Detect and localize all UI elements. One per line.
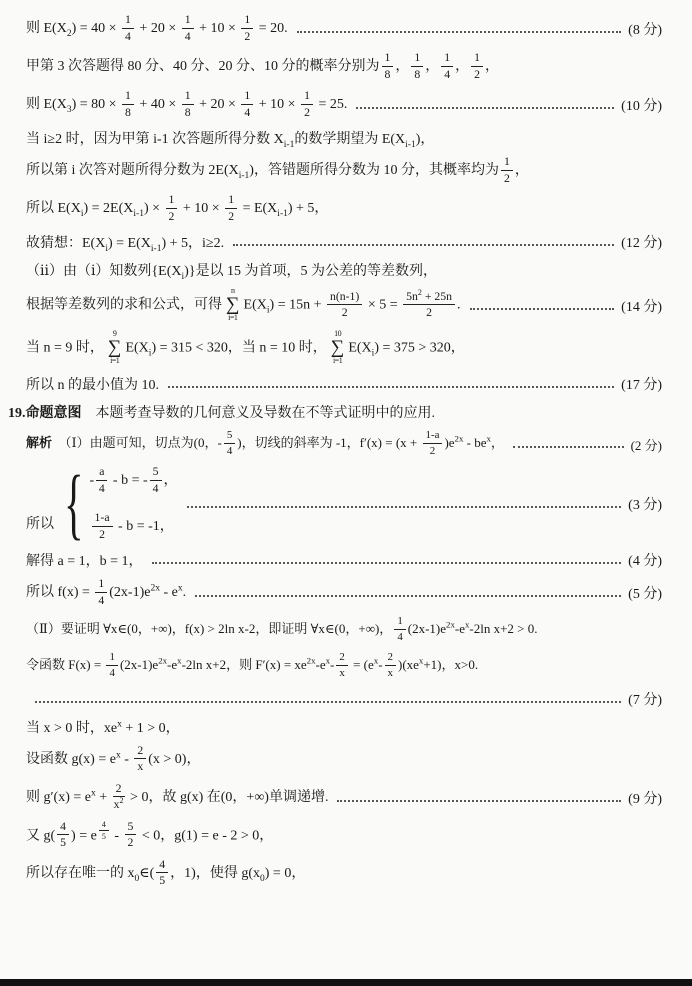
fraction: 12 (225, 193, 237, 223)
line-content: 所以 n 的最小值为 10. (26, 374, 159, 394)
fraction: 14 (241, 89, 253, 119)
fraction: n(n-1)2 (327, 290, 362, 320)
line-content: 设函数 g(x) = ex - 2x(x > 0)， (26, 745, 200, 775)
solution-line: 则 g′(x) = ex + 2x2 > 0，故 g(x) 在(0，+∞)单调递… (0, 779, 692, 817)
solution-line: （Ⅱ）要证明 ∀x∈(0，+∞)，f(x) > 2ln x-2，即证明 ∀x∈(… (0, 612, 692, 648)
fraction: 45 (57, 820, 69, 850)
fraction: a4 (96, 465, 107, 495)
fraction: 1-a2 (423, 429, 443, 457)
fraction: 12 (301, 89, 313, 119)
solution-line: 当 x > 0 时，xex + 1 > 0， (0, 713, 692, 741)
solution-line: 设函数 g(x) = ex - 2x(x > 0)， (0, 741, 692, 779)
solution-line: 所以 n 的最小值为 10.(17 分) (0, 370, 692, 398)
line-content: 令函数 F(x) = 14(2x-1)e2x-ex-2ln x+2，则 F′(x… (26, 652, 478, 680)
score-marker: (12 分) (621, 232, 662, 252)
summation: 10∑i=1 (331, 330, 345, 365)
fraction: 2x (336, 651, 347, 679)
solution-line: 则 E(X3) = 80 × 18 + 40 × 18 + 20 × 14 + … (0, 86, 692, 124)
line-content: 根据等差数列的求和公式，可得n∑i=1E(Xi) = 15n + n(n-1)2… (26, 288, 461, 323)
line-content: 所以第 i 次答对题所得分数为 2E(Xi-1)，答错题所得分数为 10 分，其… (26, 156, 529, 186)
scan-edge-bar (0, 979, 692, 986)
solution-line: 根据等差数列的求和公式，可得n∑i=1E(Xi) = 15n + n(n-1)2… (0, 284, 692, 327)
solution-line: 当 n = 9 时，9∑i=1E(Xi) = 315 < 320，当 n = 1… (0, 327, 692, 370)
fraction: 18 (122, 89, 134, 119)
score-marker: (2 分) (631, 435, 662, 454)
fraction: 14 (441, 51, 453, 81)
case-row: -a4 - b = -54， (90, 466, 178, 496)
solution-line: 所以 f(x) = 14(2x-1)e2x - ex.(5 分) (0, 574, 692, 612)
line-content: 当 n = 9 时，9∑i=1E(Xi) = 315 < 320，当 n = 1… (26, 331, 465, 366)
dotted-leader (195, 595, 621, 597)
line-content: 所以{-a4 - b = -54，1-a2 - b = -1， (26, 466, 178, 542)
fraction: 52 (125, 820, 137, 850)
fraction: 1-a2 (92, 511, 113, 541)
fraction: 5n2 + 25n2 (403, 290, 455, 320)
dotted-leader (233, 244, 614, 246)
exam-solution-page: 则 E(X2) = 40 × 14 + 20 × 14 + 10 × 12 = … (0, 0, 692, 893)
fraction: 12 (471, 51, 483, 81)
score-marker: (17 分) (621, 374, 662, 394)
bold-label: 19.命题意图 (8, 406, 82, 421)
line-content: 所以存在唯一的 x0∈(45，1)，使得 g(x0) = 0， (26, 859, 305, 889)
fraction: 12 (241, 13, 253, 43)
fraction: 18 (182, 89, 194, 119)
bold-label: 解析 (26, 435, 52, 450)
dotted-leader (356, 107, 614, 109)
solution-line: 所以{-a4 - b = -54，1-a2 - b = -1，(3 分) (0, 462, 692, 546)
line-content: 当 x > 0 时，xex + 1 > 0， (26, 717, 180, 737)
line-content: 解得 a = 1，b = 1， (26, 550, 143, 570)
fraction: 45 (156, 858, 168, 888)
score-marker: (9 分) (628, 788, 662, 808)
case-row: 1-a2 - b = -1， (90, 512, 178, 542)
fraction: 45 (99, 820, 109, 841)
solution-line: 当 i≥2 时，因为甲第 i-1 次答题所得分数 Xi-1的数学期望为 E(Xi… (0, 124, 692, 152)
line-content: 所以 E(Xi) = 2E(Xi-1) × 12 + 10 × 12 = E(X… (26, 194, 328, 224)
solution-line: 则 E(X2) = 40 × 14 + 20 × 14 + 10 × 12 = … (0, 10, 692, 48)
line-content: 甲第 3 次答题得 80 分、40 分、20 分、10 分的概率分别为18，18… (26, 52, 499, 82)
fraction: 2x (385, 651, 396, 679)
line-content: 19.命题意图 本题考查导数的几何意义及导数在不等式证明中的应用. (8, 402, 435, 422)
solution-line: 19.命题意图 本题考查导数的几何意义及导数在不等式证明中的应用. (0, 398, 692, 426)
solution-line: 解析 （Ⅰ）由题可知，切点为(0，-54)，切线的斜率为 -1，f′(x) = … (0, 426, 692, 462)
solution-line: (7 分) (0, 685, 692, 713)
left-brace: { (64, 464, 84, 544)
line-content: 解析 （Ⅰ）由题可知，切点为(0，-54)，切线的斜率为 -1，f′(x) = … (26, 430, 504, 458)
solution-line: 又 g(45) = e45 - 52 < 0，g(1) = e - 2 > 0， (0, 817, 692, 855)
line-content: 则 g′(x) = ex + 2x2 > 0，故 g(x) 在(0，+∞)单调递… (26, 783, 328, 813)
dotted-leader (152, 562, 622, 564)
line-content: （ⅱ）由（ⅰ）知数列{E(Xi)}是以 15 为首项，5 为公差的等差数列， (26, 260, 437, 280)
score-marker: (10 分) (621, 95, 662, 115)
summation: n∑i=1 (226, 287, 240, 322)
score-marker: (5 分) (628, 583, 662, 603)
fraction: 18 (382, 51, 394, 81)
dotted-leader (513, 446, 624, 448)
fraction: 12 (501, 155, 513, 185)
fraction: 54 (150, 465, 162, 495)
dotted-leader (168, 386, 614, 388)
dotted-leader (470, 308, 615, 310)
line-content: 故猜想：E(Xi) = E(Xi-1) + 5，i≥2. (26, 232, 224, 252)
score-marker: (4 分) (628, 550, 662, 570)
line-content: （Ⅱ）要证明 ∀x∈(0，+∞)，f(x) > 2ln x-2，即证明 ∀x∈(… (26, 616, 538, 644)
fraction: 54 (224, 429, 235, 457)
dotted-leader (187, 506, 622, 508)
solution-line: 甲第 3 次答题得 80 分、40 分、20 分、10 分的概率分别为18，18… (0, 48, 692, 86)
fraction: 2x (134, 744, 146, 774)
fraction: 14 (106, 651, 117, 679)
dotted-leader (337, 800, 621, 802)
solution-line: 令函数 F(x) = 14(2x-1)e2x-ex-2ln x+2，则 F′(x… (0, 648, 692, 684)
line-content: 当 i≥2 时，因为甲第 i-1 次答题所得分数 Xi-1的数学期望为 E(Xi… (26, 128, 434, 148)
score-marker: (14 分) (621, 296, 662, 316)
score-marker: (3 分) (628, 494, 662, 514)
equation-system: {-a4 - b = -54，1-a2 - b = -1， (56, 466, 178, 542)
line-content: 又 g(45) = e45 - 52 < 0，g(1) = e - 2 > 0， (26, 821, 273, 851)
line-content: 则 E(X3) = 80 × 18 + 40 × 18 + 20 × 14 + … (26, 90, 347, 120)
fraction: 14 (182, 13, 194, 43)
solution-line: 故猜想：E(Xi) = E(Xi-1) + 5，i≥2.(12 分) (0, 228, 692, 256)
score-marker: (7 分) (628, 689, 662, 709)
solution-line: 解得 a = 1，b = 1，(4 分) (0, 546, 692, 574)
line-content: 所以 f(x) = 14(2x-1)e2x - ex. (26, 578, 186, 608)
fraction: 12 (166, 193, 178, 223)
fraction: 14 (122, 13, 134, 43)
summation: 9∑i=1 (108, 330, 122, 365)
solution-line: 所以存在唯一的 x0∈(45，1)，使得 g(x0) = 0， (0, 855, 692, 893)
solution-line: 所以第 i 次答对题所得分数为 2E(Xi-1)，答错题所得分数为 10 分，其… (0, 152, 692, 190)
fraction: 14 (394, 615, 405, 643)
score-marker: (8 分) (628, 19, 662, 39)
fraction: 14 (95, 577, 107, 607)
line-content: 则 E(X2) = 40 × 14 + 20 × 14 + 10 × 12 = … (26, 14, 288, 44)
dotted-leader (297, 31, 622, 33)
solution-line: （ⅱ）由（ⅰ）知数列{E(Xi)}是以 15 为首项，5 为公差的等差数列， (0, 256, 692, 284)
dotted-leader (35, 701, 621, 703)
solution-line: 所以 E(Xi) = 2E(Xi-1) × 12 + 10 × 12 = E(X… (0, 190, 692, 228)
fraction: 2x2 (113, 782, 125, 812)
fraction: 18 (411, 51, 423, 81)
